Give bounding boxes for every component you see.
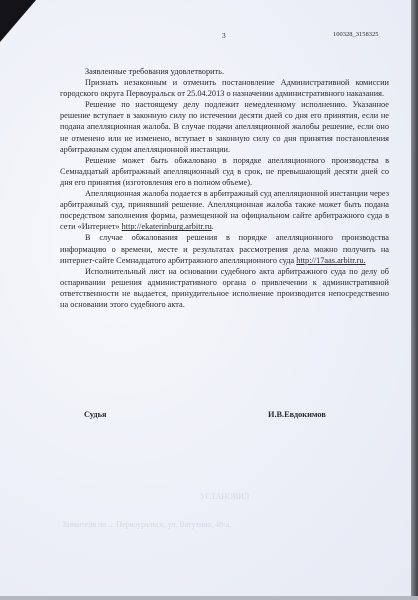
ekaterinburg-arbitr-link[interactable]: http://ekaterinburg.arbitr.ru [122, 222, 212, 231]
paragraph-appeal-filing-text: Апелляционная жалоба подается в арбитраж… [60, 189, 389, 231]
scan-right-edge [411, 0, 418, 600]
signature-role: Судья [84, 410, 106, 419]
paragraph-appeal-filing: Апелляционная жалоба подается в арбитраж… [60, 188, 389, 232]
paragraph-annul: Признать незаконным и отменить постановл… [60, 77, 389, 99]
paragraph-writ: Исполнительный лист на основании судебно… [60, 266, 389, 310]
paragraph-appeal-term: Решение может быть обжаловано в порядке … [60, 155, 389, 188]
signature-name: И.В.Евдокимов [268, 410, 326, 419]
bleed-through-heading: УСТАНОВИЛ [200, 492, 249, 501]
paragraph-execution: Решение по настоящему делу подлежит неме… [60, 99, 389, 154]
document-id: 100328_3158325 [333, 31, 379, 38]
scan-bottom-edge [0, 596, 418, 600]
document-body: Заявленные требования удовлетворить. При… [60, 66, 389, 310]
17aas-arbitr-link[interactable]: http://17aas.arbitr.ru. [296, 256, 365, 265]
paragraph-appeal-info: В случае обжалования решения в порядке а… [60, 232, 389, 265]
bleed-through-line: Заявителя по ... Первоуральск, ул. Ватут… [62, 520, 231, 529]
page-number: 3 [222, 31, 226, 40]
document-page: 3 100328_3158325 УСТАНОВИЛ Заявителя по … [0, 0, 411, 596]
punctuation: . [212, 222, 214, 231]
paragraph-claims: Заявленные требования удовлетворить. [60, 66, 389, 77]
scan-corner-shadow [0, 0, 36, 42]
